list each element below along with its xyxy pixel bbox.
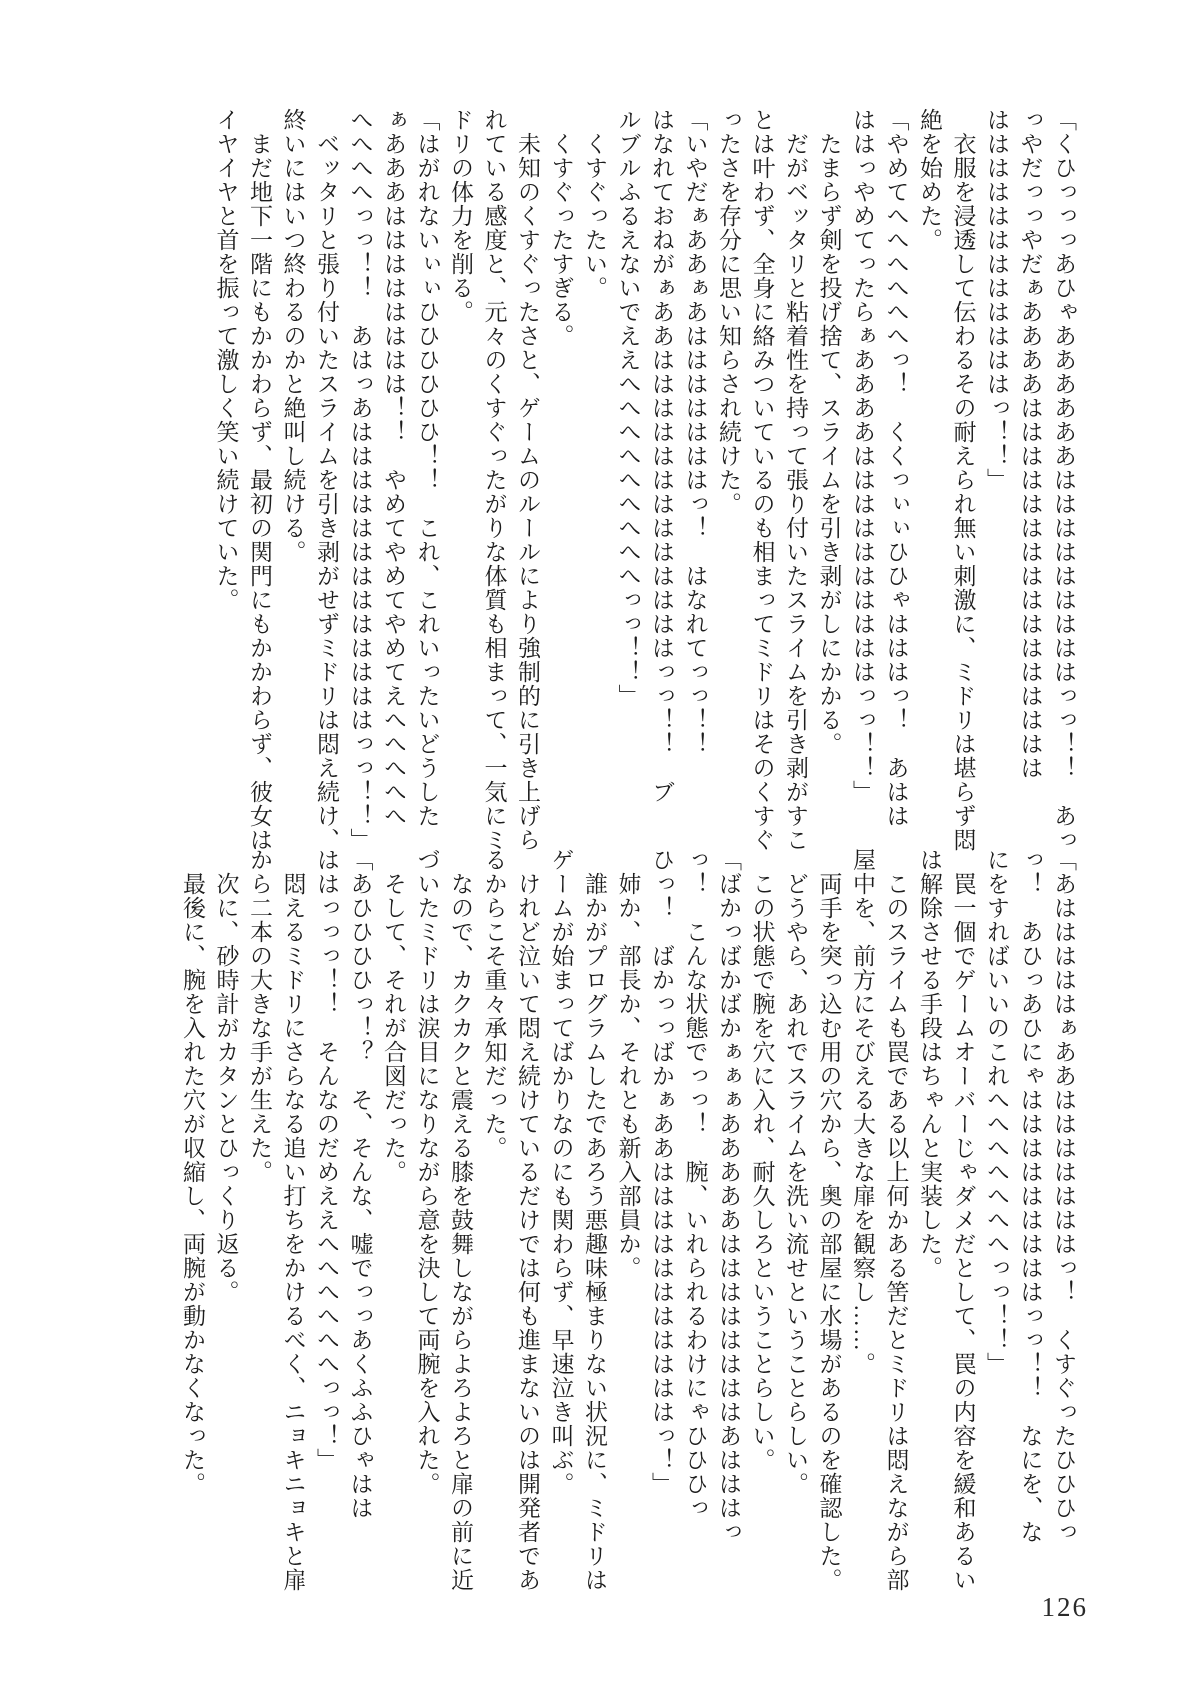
- text-column: 悶えるミドリにさらなる追い打ちをかけるべく、ニョキニョキと扉: [276, 848, 310, 1562]
- text-column: 姉か、部長か、それとも新入部員か。: [611, 848, 645, 1562]
- text-column: っ！ あひっあひにゃはははははははははっっ！！ なにを、な: [1013, 848, 1047, 1562]
- text-column: 衣服を浸透して伝わるその耐えられ無い刺激に、ミドリは堪らず悶: [946, 108, 980, 826]
- text-column: たまらず剣を投げ捨て、スライムを引き剥がしにかかる。: [812, 108, 846, 826]
- text-column: へへへへっっ！！ あはっあはははははははははははははっっ！！」: [343, 108, 377, 826]
- text-column: っ！ こんな状態でっっ！ 腕、いれられるわけにゃひひひっ: [678, 848, 712, 1562]
- text-column: ひっ！ ばかっっばかぁああはははははははははははっ！」: [645, 848, 679, 1562]
- text-column: 両手を突っ込む用の穴から、奥の部屋に水場があるのを確認した。: [812, 848, 846, 1562]
- text-column: そして、それが合図だった。: [377, 848, 411, 1562]
- text-column: から二本の大きな手が生えた。: [243, 848, 277, 1562]
- text-column: 最後に、腕を入れた穴が収縮し、両腕が動かなくなった。: [176, 848, 210, 1562]
- text-column: 「ばかっばかばかぁぁぁあああああははははははははあはははっ: [712, 848, 746, 1562]
- text-column: ったさを存分に思い知らされ続けた。: [712, 108, 746, 826]
- text-column: このスライムも罠である以上何かある筈だとミドリは悶えながら部: [879, 848, 913, 1562]
- text-column: づいたミドリは涙目になりながら意を決して両腕を入れた。: [410, 848, 444, 1562]
- text-column: ははっやめてったらぁああああははははははははははっっ！！」: [846, 108, 880, 826]
- text-column: ははははははははははははっ！！」: [980, 108, 1014, 826]
- text-column: 次に、砂時計がカタンとひっくり返る。: [209, 848, 243, 1562]
- text-column: イヤイヤと首を振って激しく笑い続けていた。: [209, 108, 243, 826]
- text-column: はなれておねがぁああはははははははははははははっっ！！ ブ: [645, 108, 679, 826]
- text-column: ゲームが始まってばかりなのにも関わらず、早速泣き叫ぶ。: [544, 848, 578, 1562]
- text-column: 「はがれないぃぃひひひひひひ！！ これ、これいったいどうした: [410, 108, 444, 826]
- text-column: 絶を始めた。: [913, 108, 947, 826]
- text-column: ぁあああはははははははは！！ やめてやめてやめてえへへへへへ: [377, 108, 411, 826]
- text-column: 罠一個でゲームオーバーじゃダメだとして、罠の内容を緩和あるい: [946, 848, 980, 1562]
- text-column: ベッタリと張り付いたスライムを引き剥がせずミドリは悶え続け、: [310, 108, 344, 826]
- upper-text-block: 「くひっっっあひゃああああああはははははははははっっ！！ あっっやだっっやだぁあ…: [208, 108, 1080, 826]
- text-column: にをすればいいのこれへへへへへへへっっ！！」: [980, 848, 1014, 1562]
- text-column: くすぐったい。: [578, 108, 612, 826]
- novel-page: 「くひっっっあひゃああああああはははははははははっっ！！ あっっやだっっやだぁあ…: [0, 0, 1200, 1695]
- text-column: 「あひひひひっ！？ そ、そんな、嘘でっっあくふふひゃはは: [343, 848, 377, 1562]
- text-column: ルブルふるえないでええへへへへへへへへへっっ！！」: [611, 108, 645, 826]
- text-column: れている感度と、元々のくすぐったがりな体質も相まって、一気にミ: [477, 108, 511, 826]
- text-column: けれど泣いて悶え続けているだけでは何も進まないのは開発者であ: [511, 848, 545, 1562]
- text-column: だがベッタリと粘着性を持って張り付いたスライムを引き剥がすこ: [779, 108, 813, 826]
- text-column: は解除させる手段はちゃんと実装した。: [913, 848, 947, 1562]
- text-column: ははっっっ！！ そんなのだめええへへへへへへっっ！」: [310, 848, 344, 1562]
- text-column: なので、カクカクと震える膝を鼓舞しながらよろよろと扉の前に近: [444, 848, 478, 1562]
- text-column: くすぐったすぎる。: [544, 108, 578, 826]
- text-column: どうやら、あれでスライムを洗い流せということらしい。: [779, 848, 813, 1562]
- lower-text-block: 「あはははははぁああはははははははっ！ くすぐったひひひっっ！ あひっあひにゃは…: [174, 848, 1080, 1562]
- text-column: 「やめてへへへへへへっ！ くくっぃぃひひゃはははっ！ あはは: [879, 108, 913, 826]
- text-column: 「あはははははぁああはははははははっ！ くすぐったひひひっ: [1047, 848, 1081, 1562]
- page-number: 126: [1042, 1592, 1089, 1623]
- text-column: 未知のくすぐったさと、ゲームのルールにより強制的に引き上げら: [511, 108, 545, 826]
- text-column: 「いやだぁああぁあはははははははっ！ はなれてっっ！！: [678, 108, 712, 826]
- text-column: ドリの体力を削る。: [444, 108, 478, 826]
- text-column: 誰かがプログラムしたであろう悪趣味極まりない状況に、ミドリは: [578, 848, 612, 1562]
- text-column: 「くひっっっあひゃああああああはははははははははっっ！！ あっ: [1047, 108, 1081, 826]
- text-column: っやだっっやだぁああああはははははははははははははははは: [1013, 108, 1047, 826]
- text-column: まだ地下一階にもかかわらず、最初の関門にもかかわらず、彼女は: [243, 108, 277, 826]
- text-column: この状態で腕を穴に入れ、耐久しろということらしい。: [745, 848, 779, 1562]
- text-column: 屋中を、前方にそびえる大きな扉を観察し……。: [846, 848, 880, 1562]
- text-column: るからこそ重々承知だった。: [477, 848, 511, 1562]
- text-column: 終いにはいつ終わるのかと絶叫し続ける。: [276, 108, 310, 826]
- text-column: とは叶わず、全身に絡みついているのも相まってミドリはそのくすぐ: [745, 108, 779, 826]
